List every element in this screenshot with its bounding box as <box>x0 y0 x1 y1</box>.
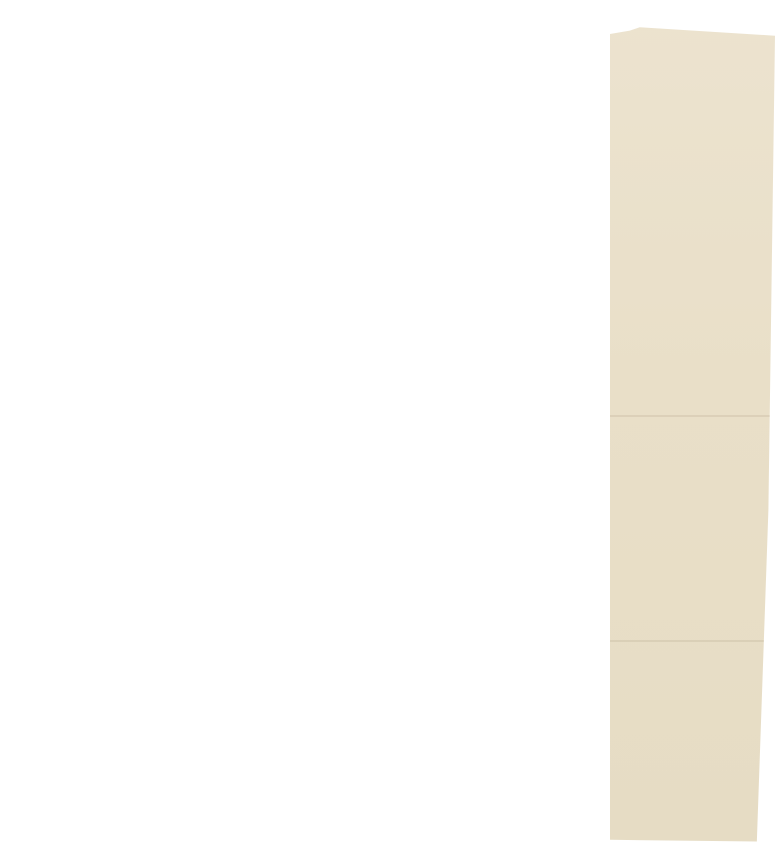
fold-line <box>610 640 775 642</box>
back-letter-sheet <box>610 0 775 850</box>
fold-line <box>610 415 775 417</box>
